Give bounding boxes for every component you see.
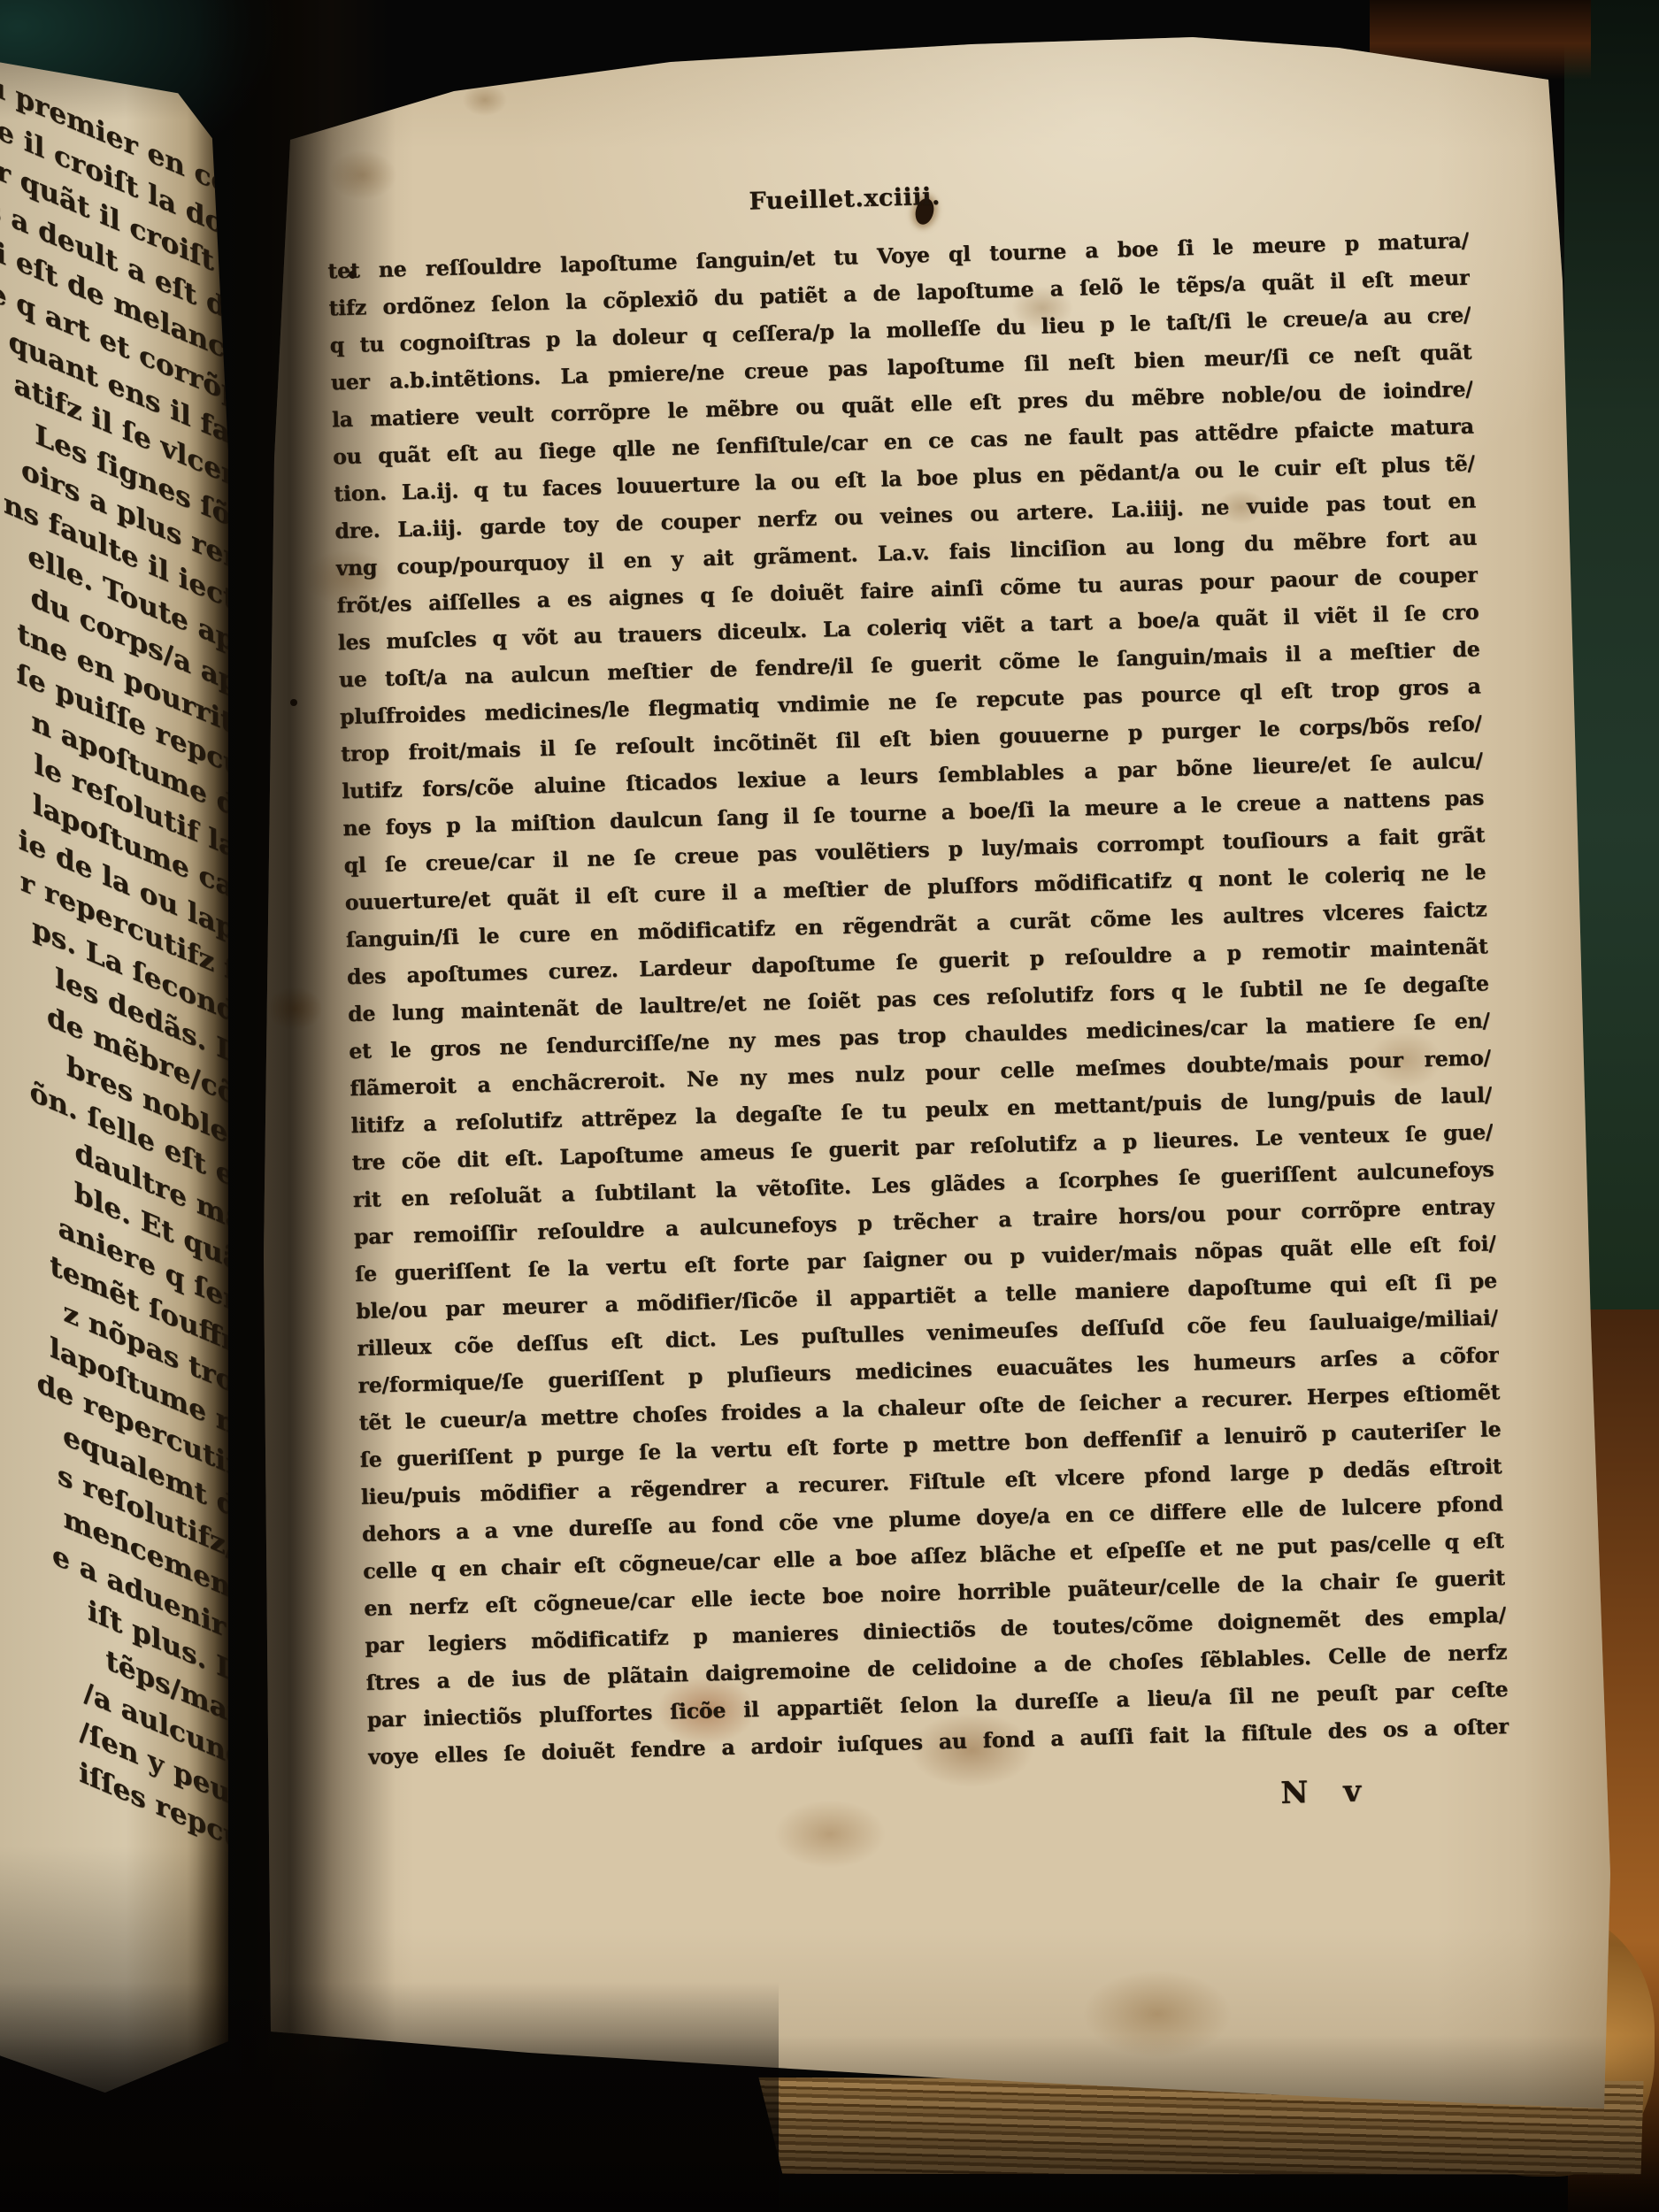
left-page-fragment: les dedãs. La (0, 928, 228, 1083)
left-page-fragment: /ſen y peult (0, 1671, 228, 1825)
left-page-fragment: s a deult a eſt dur (0, 187, 228, 342)
left-page-fragment: e q art et corrõpt (0, 269, 228, 424)
left-page-fragment: n apoſtume de (0, 681, 228, 836)
left-page-fragment: /a aulcune/ (0, 1630, 228, 1785)
left-page-fragment: oirs a plus ren/ (0, 434, 228, 588)
left-page-fragment: iſſes repcu/ (0, 1712, 228, 1867)
left-page-fragment: e il croiſt la dou/ (0, 104, 228, 259)
left-page-fragment: tẽps/mais (0, 1588, 228, 1743)
left-page-fragment: ble. Et quãt (0, 1134, 228, 1289)
left-page-fragment: i eſt de melanco/ (0, 227, 228, 382)
left-page-fragment: ps. La ſeconde (0, 887, 228, 1042)
left-page-fragment: quant ens il fait (0, 311, 228, 465)
left-page-fragment: daultre ma/ (0, 1094, 228, 1248)
folio-number: Fueillet.xciiii. (749, 181, 979, 218)
left-page-fragment: r quãt il croiſt ql (0, 145, 228, 300)
photo-of-open-book: { "page": { "folio_header": "Fueillet.xc… (0, 0, 1659, 2212)
left-page-fragment: lapoſtume cau (0, 764, 228, 918)
left-page-fragment: mencement/ (0, 1464, 228, 1619)
left-page-sliver: u premier en ceſtee il croiſt la dou/r q… (0, 40, 228, 2093)
main-text-block: tet ne reſſouldre lapoſtume ſanguin/et t… (327, 222, 1509, 1776)
left-page-fragment: ſe puiſſe repcu/ (0, 640, 228, 795)
left-page-fragment: equalemt de (0, 1382, 228, 1537)
left-page-fragment: de mẽbre/cõe (0, 970, 228, 1125)
left-page-fragment: de repercutifz (0, 1340, 228, 1495)
left-page-fragment: temẽt ſouffre (0, 1217, 228, 1372)
left-page-fragment: ns faulte il iecte (0, 475, 228, 630)
left-page-fragment: Les ſignes ſõt/ (0, 393, 228, 548)
left-page-fragment: r repercutifz ſe (0, 846, 228, 1001)
left-page-fragment: e a aduenir a (0, 1506, 228, 1661)
left-page-fragment: bres nobles/ (0, 1011, 228, 1166)
printed-text-area: Fueillet.xciiii. tet ne reſſouldre lapoſ… (326, 169, 1509, 1776)
left-page-fragment: du corps/a aps (0, 557, 228, 712)
signature-mark: N v (1280, 1773, 1374, 1811)
left-page-fragment: s reſolutifz/a (0, 1424, 228, 1578)
left-page-text-column: u premier en ceſtee il croiſt la dou/r q… (0, 63, 228, 1867)
ink-dot (290, 699, 297, 706)
left-page-fragment: atifz il ſe vlcere (0, 351, 228, 506)
left-page-fragment: ie de la ou lapo (0, 805, 228, 960)
right-page: Fueillet.xciiii. tet ne reſſouldre lapoſ… (264, 16, 1622, 2166)
left-page-fragment: elle. Toute apo (0, 517, 228, 672)
left-page-fragment: õn. ſelle eſt en (0, 1052, 228, 1207)
left-page-fragment: iſt plus. La (0, 1547, 228, 1701)
left-page-fragment: z nõpas trop (0, 1258, 228, 1413)
left-page-fragment: le reſolutif lac (0, 723, 228, 878)
left-page-fragment: aniere q ſen/ (0, 1176, 228, 1331)
left-page-fragment: lapoſtume ne (0, 1300, 228, 1455)
left-page-fragment: tne en pourritu (0, 599, 228, 754)
